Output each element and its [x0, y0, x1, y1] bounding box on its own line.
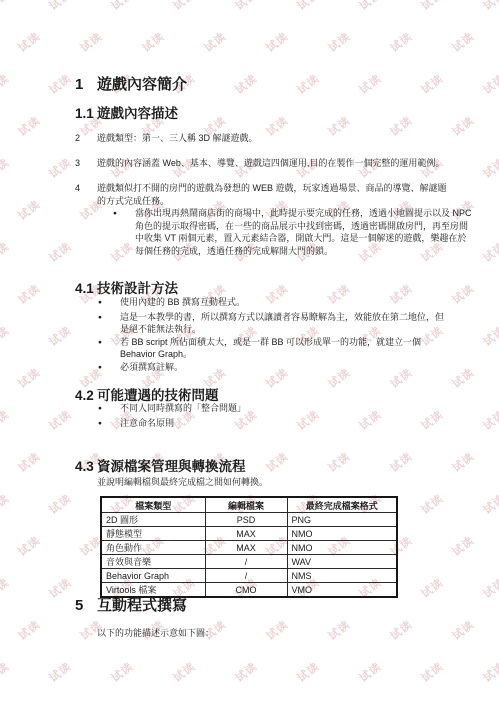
resource-table: 檔案類型 編輯檔案 最終完成檔案格式 2D 圖形 PSD PNG 靜態模型 MA… [100, 496, 398, 598]
item-number: 2 [75, 132, 97, 145]
table-cell: 角色動作 [101, 541, 205, 555]
table-cell: Behavior Graph [101, 569, 205, 583]
bullet-item: 注意命名原則 [98, 417, 452, 432]
table-row: 音效與音樂 / WAV [101, 555, 397, 569]
bullet-item: 若 BB script 所佔面積太大，或是一群 BB 可以形成單一的功能，就建立… [98, 336, 452, 361]
bullet-icon [113, 207, 135, 257]
item-4-bullet-list: 當你出現再熱鬧商店街的商場中，此時提示要完成的任務，透過小地圖提示以及 NPC … [113, 207, 475, 257]
numbered-item-3: 3 遊戲的內容涵蓋 Web、基本、導覽、遊戲這四個運用,目的在製作一個完整的運用… [75, 157, 455, 170]
heading-number: 4.1 [75, 281, 97, 296]
bullet-icon [98, 311, 120, 336]
table-cell: MAX [205, 527, 287, 541]
table-cell: PNG [287, 513, 397, 527]
heading-title: 可能遭遇的技術問題 [97, 388, 219, 403]
section-heading-4-3: 4.3 資源檔案管理與轉換流程 [75, 459, 246, 474]
table-cell: MAX [205, 541, 287, 555]
numbered-item-2: 2 遊戲類型：第一、三人稱 3D 解謎遊戲。 [75, 132, 455, 145]
table-row: 2D 圖形 PSD PNG [101, 513, 397, 527]
bullet-item: 當你出現再熱鬧商店街的商場中，此時提示要完成的任務，透過小地圖提示以及 NPC … [113, 207, 475, 257]
bullet-text: 這是一本教學的書，所以撰寫方式以讓讀者容易瞭解為主，效能放在第二地位，但是絕不能… [120, 311, 452, 336]
tech-problem-bullet-list: 不同人同時撰寫的「整合問題」 注意命名原則 [98, 402, 452, 431]
item-text: 遊戲類似打不開的房門的遊戲為發想的 WEB 遊戲，玩家透過場景、商品的導覽、解謎… [97, 182, 455, 207]
bullet-text: 必須撰寫註解。 [120, 361, 452, 376]
heading-number: 5 [75, 597, 97, 614]
bullet-text: 當你出現再熱鬧商店街的商場中，此時提示要完成的任務，透過小地圖提示以及 NPC … [135, 207, 475, 257]
table-cell: PSD [205, 513, 287, 527]
bullet-item: 使用內建的 BB 撰寫互動程式。 [98, 296, 452, 311]
table-cell: 2D 圖形 [101, 513, 205, 527]
table-cell: VMO [287, 583, 397, 598]
heading-title: 技術設計方法 [97, 281, 178, 296]
table-header-cell: 檔案類型 [101, 497, 205, 513]
table-header-cell: 編輯檔案 [205, 497, 287, 513]
table-cell: / [205, 555, 287, 569]
item-number: 4 [75, 182, 97, 207]
section-heading-5: 5 互動程式撰寫 [75, 597, 187, 614]
section-4-3-body: 並說明編輯檔與最終完成檔之間如何轉換。 [97, 476, 268, 489]
table-cell: WAV [287, 555, 397, 569]
heading-number: 4.2 [75, 388, 97, 403]
table-cell: NMO [287, 541, 397, 555]
bullet-item: 這是一本教學的書，所以撰寫方式以讓讀者容易瞭解為主，效能放在第二地位，但是絕不能… [98, 311, 452, 336]
bullet-icon [98, 336, 120, 361]
heading-number: 4.3 [75, 459, 97, 474]
table-cell: 音效與音樂 [101, 555, 205, 569]
section-heading-4-1: 4.1 技術設計方法 [75, 281, 178, 296]
tech-design-bullet-list: 使用內建的 BB 撰寫互動程式。 這是一本教學的書，所以撰寫方式以讓讀者容易瞭解… [98, 296, 452, 376]
item-text: 遊戲的內容涵蓋 Web、基本、導覽、遊戲這四個運用,目的在製作一個完整的運用範例… [97, 157, 455, 170]
table-row: 角色動作 MAX NMO [101, 541, 397, 555]
bullet-text: 不同人同時撰寫的「整合問題」 [120, 402, 452, 417]
table-cell: NMS [287, 569, 397, 583]
numbered-item-4: 4 遊戲類似打不開的房門的遊戲為發想的 WEB 遊戲，玩家透過場景、商品的導覽、… [75, 182, 455, 207]
document-page: 试读试读试读试读试读试读试读试读试读试读试读试读试读试读试读试读试读试读试读试读… [0, 0, 499, 706]
table-header-row: 檔案類型 編輯檔案 最終完成檔案格式 [101, 497, 397, 513]
section-5-body: 以下的功能描述示意如下圖： [97, 627, 214, 640]
bullet-text: 若 BB script 所佔面積太大，或是一群 BB 可以形成單一的功能，就建立… [120, 336, 452, 361]
item-number: 3 [75, 157, 97, 170]
item-text: 遊戲類型：第一、三人稱 3D 解謎遊戲。 [97, 132, 455, 145]
table-cell: CMO [205, 583, 287, 598]
table-cell: / [205, 569, 287, 583]
heading-title: 遊戲內容描述 [97, 106, 178, 121]
bullet-text: 注意命名原則 [120, 417, 452, 432]
heading-title: 遊戲內容簡介 [97, 76, 187, 93]
heading-number: 1 [75, 76, 97, 93]
table-cell: Virtools 檔案 [101, 583, 205, 598]
bullet-item: 不同人同時撰寫的「整合問題」 [98, 402, 452, 417]
section-heading-4-2: 4.2 可能遭遇的技術問題 [75, 388, 219, 403]
bullet-icon [98, 296, 120, 311]
table-cell: NMO [287, 527, 397, 541]
table-cell: 靜態模型 [101, 527, 205, 541]
bullet-item: 必須撰寫註解。 [98, 361, 452, 376]
bullet-icon [98, 417, 120, 432]
bullet-icon [98, 361, 120, 376]
table-header-cell: 最終完成檔案格式 [287, 497, 397, 513]
bullet-icon [98, 402, 120, 417]
table-row: Behavior Graph / NMS [101, 569, 397, 583]
heading-title: 互動程式撰寫 [97, 597, 187, 614]
table-row: 靜態模型 MAX NMO [101, 527, 397, 541]
table-row: Virtools 檔案 CMO VMO [101, 583, 397, 598]
section-heading-1: 1 遊戲內容簡介 [75, 76, 187, 93]
section-heading-1-1: 1.1 遊戲內容描述 [75, 106, 178, 121]
page-content: 1 遊戲內容簡介 1.1 遊戲內容描述 2 遊戲類型：第一、三人稱 3D 解謎遊… [0, 0, 499, 706]
heading-title: 資源檔案管理與轉換流程 [97, 459, 246, 474]
bullet-text: 使用內建的 BB 撰寫互動程式。 [120, 296, 452, 311]
heading-number: 1.1 [75, 106, 97, 121]
